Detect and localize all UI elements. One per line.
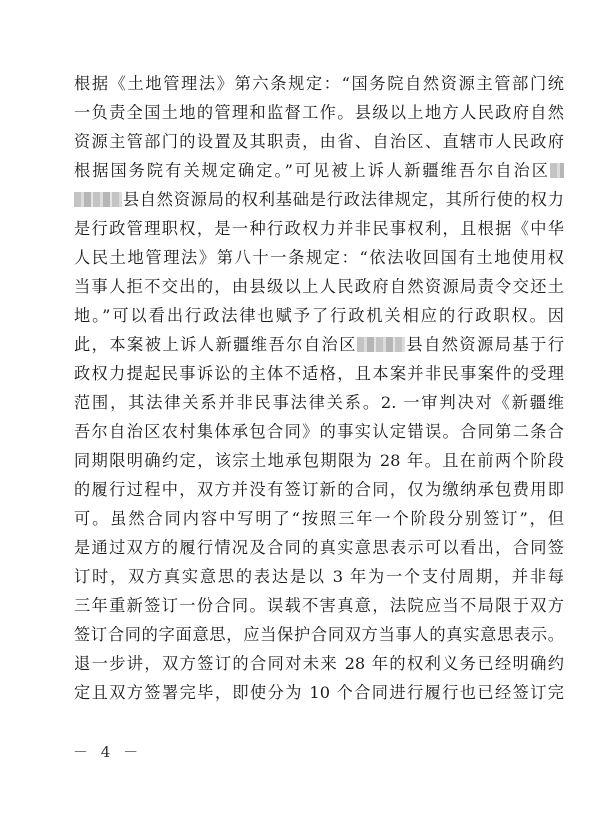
text-line: 一负责全国土地的管理和监督工作。县级以上地方人民政府自然: [74, 98, 564, 127]
line-text: 签订合同的字面意思，应当保护合同双方当事人的真实意思表示。: [74, 625, 564, 644]
line-text: 三年重新签订一份合同。误载不害真意，法院应当不局限于双方: [74, 596, 564, 615]
text-line: 人民土地管理法》第八十一条规定：“依法收回国有土地使用权: [74, 243, 564, 272]
text-line: 地。”可以看出行政法律也赋予了行政机关相应的行政职权。因: [74, 301, 564, 330]
redacted-name-block: [74, 192, 122, 207]
line-text: 可。虽然合同内容中写明了“按照三年一个阶段分别签订”，但: [74, 509, 564, 528]
text-line: 订时，双方真实意思的表达是以 3 年为一个支付周期，并非每: [74, 562, 564, 591]
line-text: 退一步讲，双方签订的合同对未来 28 年的权利义务已经明确约: [74, 654, 564, 673]
text-line: 签订合同的字面意思，应当保护合同双方当事人的真实意思表示。: [74, 620, 564, 649]
line-text: 的履行过程中，双方并没有签订新的合同，仅为缴纳承包费用即: [74, 480, 564, 499]
text-line: 的履行过程中，双方并没有签订新的合同，仅为缴纳承包费用即: [74, 475, 564, 504]
text-line: 根据国务院有关规定确定。”可见被上诉人新疆维吾尔自治区: [74, 156, 564, 185]
line-text: 资源主管部门的设置及其职责，由省、自治区、直辖市人民政府: [74, 132, 564, 151]
line-text: 吾尔自治区农村集体承包合同》的事实认定错误。合同第二条合: [74, 422, 564, 441]
line-text: 政权力提起民事诉讼的主体不适格，且本案并非民事案件的受理: [74, 364, 564, 383]
line-text: 地。”可以看出行政法律也赋予了行政机关相应的行政职权。因: [74, 306, 564, 325]
text-line: 可。虽然合同内容中写明了“按照三年一个阶段分别签订”，但: [74, 504, 564, 533]
line-text: 根据国务院有关规定确定。”可见被上诉人新疆维吾尔自治区: [74, 161, 550, 180]
text-line: 吾尔自治区农村集体承包合同》的事实认定错误。合同第二条合: [74, 417, 564, 446]
text-line: 是通过双方的履行情况及合同的真实意思表示可以看出，合同签: [74, 533, 564, 562]
text-line: 资源主管部门的设置及其职责，由省、自治区、直辖市人民政府: [74, 127, 564, 156]
line-text: 范围，其法律关系并非民事法律关系。2. 一审判决对《新疆维: [74, 393, 564, 412]
line-text: 根据《土地管理法》第六条规定：“国务院自然资源主管部门统: [74, 74, 564, 93]
line-text: 是行政管理职权，是一种行政权力并非民事权利，且根据《中华: [74, 219, 564, 238]
document-page: 根据《土地管理法》第六条规定：“国务院自然资源主管部门统 一负责全国土地的管理和…: [0, 0, 608, 814]
redacted-name-block: [550, 163, 564, 178]
line-text: 同期限明确约定，该宗土地承包期限为 28 年。且在前两个阶段: [74, 451, 564, 470]
line-text: 人民土地管理法》第八十一条规定：“依法收回国有土地使用权: [74, 248, 564, 267]
line-text: 是通过双方的履行情况及合同的真实意思表示可以看出，合同签: [74, 538, 564, 557]
text-line: 当事人拒不交出的，由县级以上人民政府自然资源局责令交还土: [74, 272, 564, 301]
text-line: 县自然资源局的权利基础是行政法律规定，其所行使的权力: [74, 185, 564, 214]
text-line: 根据《土地管理法》第六条规定：“国务院自然资源主管部门统: [74, 69, 564, 98]
line-text: 县自然资源局基于行: [405, 335, 564, 354]
body-text: 根据《土地管理法》第六条规定：“国务院自然资源主管部门统 一负责全国土地的管理和…: [74, 69, 564, 707]
text-line: 是行政管理职权，是一种行政权力并非民事权利，且根据《中华: [74, 214, 564, 243]
text-line: 同期限明确约定，该宗土地承包期限为 28 年。且在前两个阶段: [74, 446, 564, 475]
line-text: 此，本案被上诉人新疆维吾尔自治区: [74, 335, 357, 354]
redacted-name-block: [357, 337, 405, 352]
text-line: 此，本案被上诉人新疆维吾尔自治区县自然资源局基于行: [74, 330, 564, 359]
text-line: 政权力提起民事诉讼的主体不适格，且本案并非民事案件的受理: [74, 359, 564, 388]
text-line: 退一步讲，双方签订的合同对未来 28 年的权利义务已经明确约: [74, 649, 564, 678]
line-text: 当事人拒不交出的，由县级以上人民政府自然资源局责令交还土: [74, 277, 564, 296]
line-text: 一负责全国土地的管理和监督工作。县级以上地方人民政府自然: [74, 103, 564, 122]
page-number: － 4 －: [73, 741, 142, 762]
text-line: 定且双方签署完毕，即使分为 10 个合同进行履行也已经签订完: [74, 678, 564, 707]
line-text: 定且双方签署完毕，即使分为 10 个合同进行履行也已经签订完: [74, 683, 564, 702]
text-line: 范围，其法律关系并非民事法律关系。2. 一审判决对《新疆维: [74, 388, 564, 417]
text-line: 三年重新签订一份合同。误载不害真意，法院应当不局限于双方: [74, 591, 564, 620]
line-text: 县自然资源局的权利基础是行政法律规定，其所行使的权力: [122, 190, 564, 209]
line-text: 订时，双方真实意思的表达是以 3 年为一个支付周期，并非每: [74, 567, 564, 586]
